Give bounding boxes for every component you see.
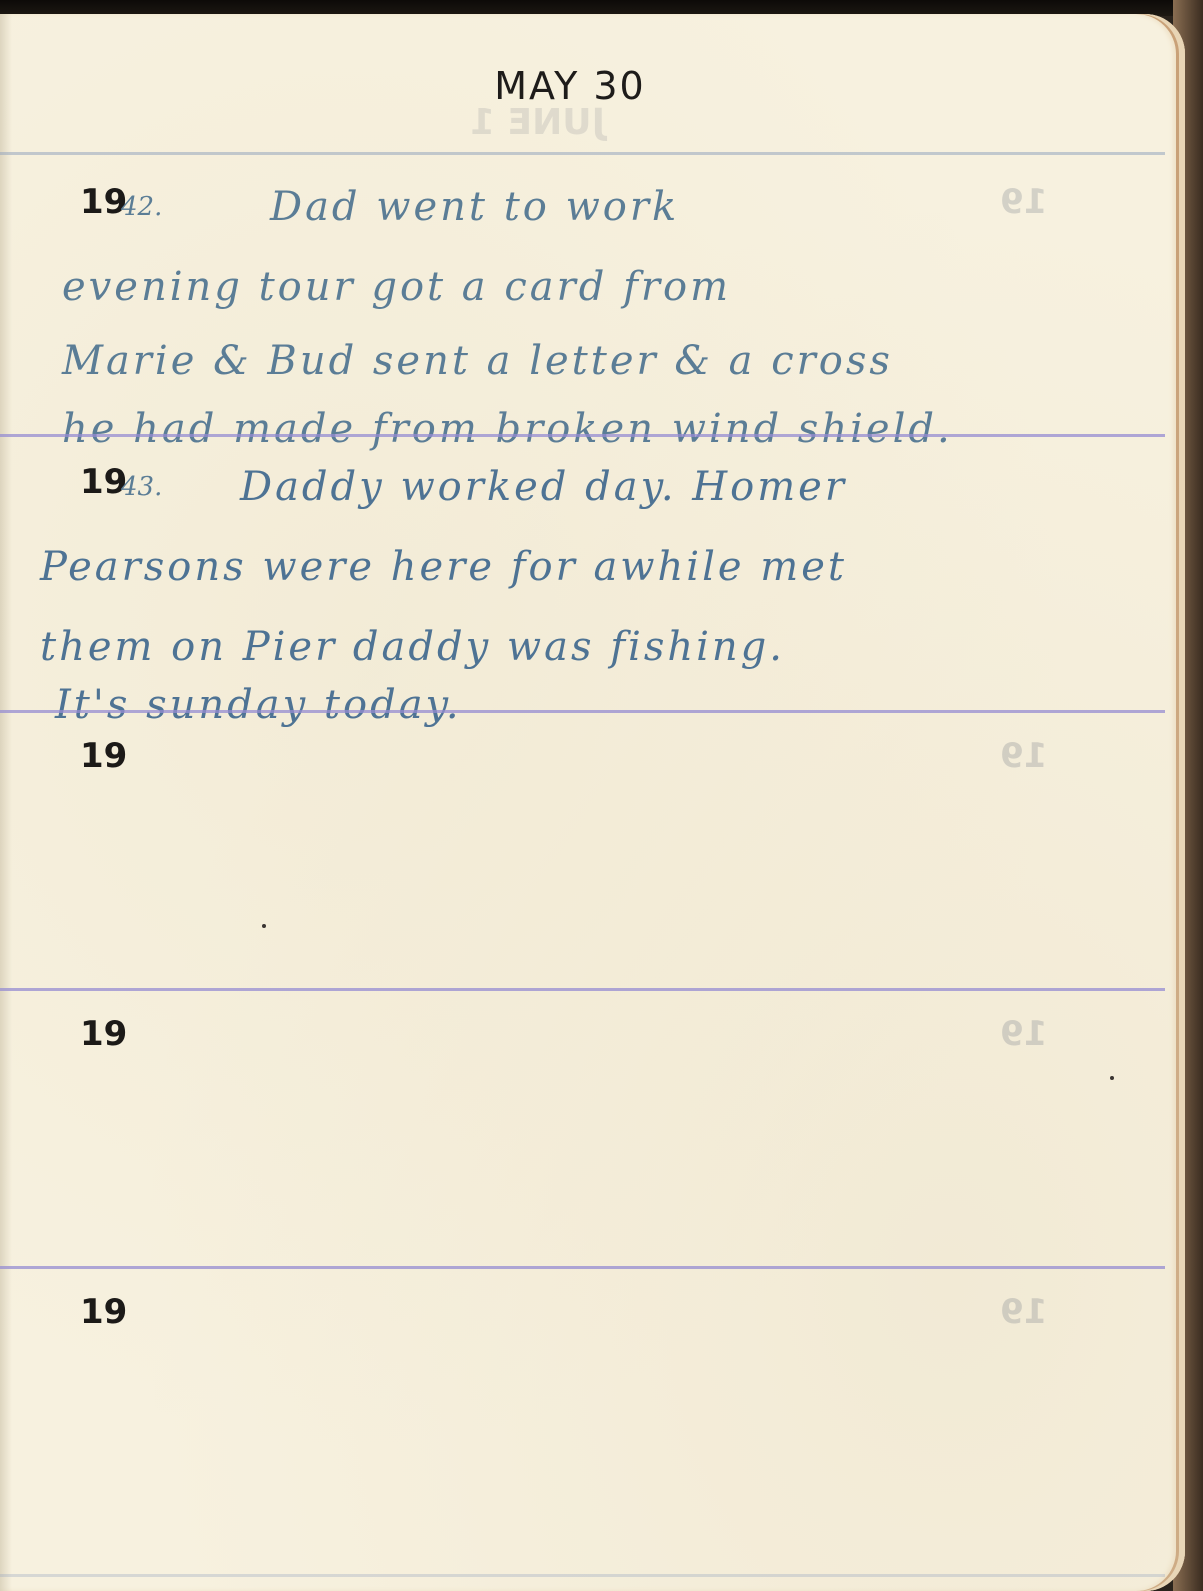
handwritten-line: evening tour got a card from — [62, 264, 731, 310]
handwritten-line: It's sunday today. — [55, 682, 462, 728]
year-label: 19 — [80, 1292, 127, 1332]
entry-divider — [0, 710, 1165, 713]
entry-divider — [0, 434, 1165, 437]
page-date-title: MAY 30 — [0, 64, 1140, 108]
entry-divider — [0, 988, 1165, 991]
paper-speck — [1110, 1076, 1114, 1080]
entry-divider — [0, 1266, 1165, 1269]
paper-speck — [262, 924, 266, 928]
handwritten-line: Dad went to work — [270, 184, 679, 230]
year-suffix: 42. — [121, 192, 162, 222]
year-suffix: 43. — [121, 472, 162, 502]
handwritten-line: Pearsons were here for awhile met — [40, 544, 847, 590]
year-label: 19 — [80, 736, 127, 776]
show-through-title: JUNE 1 — [470, 102, 605, 143]
show-through-year: 19 — [1000, 736, 1047, 776]
year-label: 19 — [80, 1014, 127, 1054]
handwritten-line: them on Pier daddy was fishing. — [40, 624, 785, 670]
diary-page: JUNE 1 MAY 30 19 42. 19 Dad went to work… — [0, 14, 1185, 1591]
handwritten-line: Daddy worked day. Homer — [240, 464, 847, 510]
show-through-year: 19 — [1000, 1014, 1047, 1054]
show-through-year: 19 — [1000, 182, 1047, 222]
handwritten-line: he had made from broken wind shield. — [62, 406, 953, 452]
handwritten-line: Marie & Bud sent a letter & a cross — [62, 338, 893, 384]
page-gutter — [0, 14, 12, 1591]
show-through-year: 19 — [1000, 1292, 1047, 1332]
header-rule — [0, 152, 1165, 155]
bottom-rule — [0, 1574, 1165, 1577]
paper-texture — [0, 14, 1185, 1591]
